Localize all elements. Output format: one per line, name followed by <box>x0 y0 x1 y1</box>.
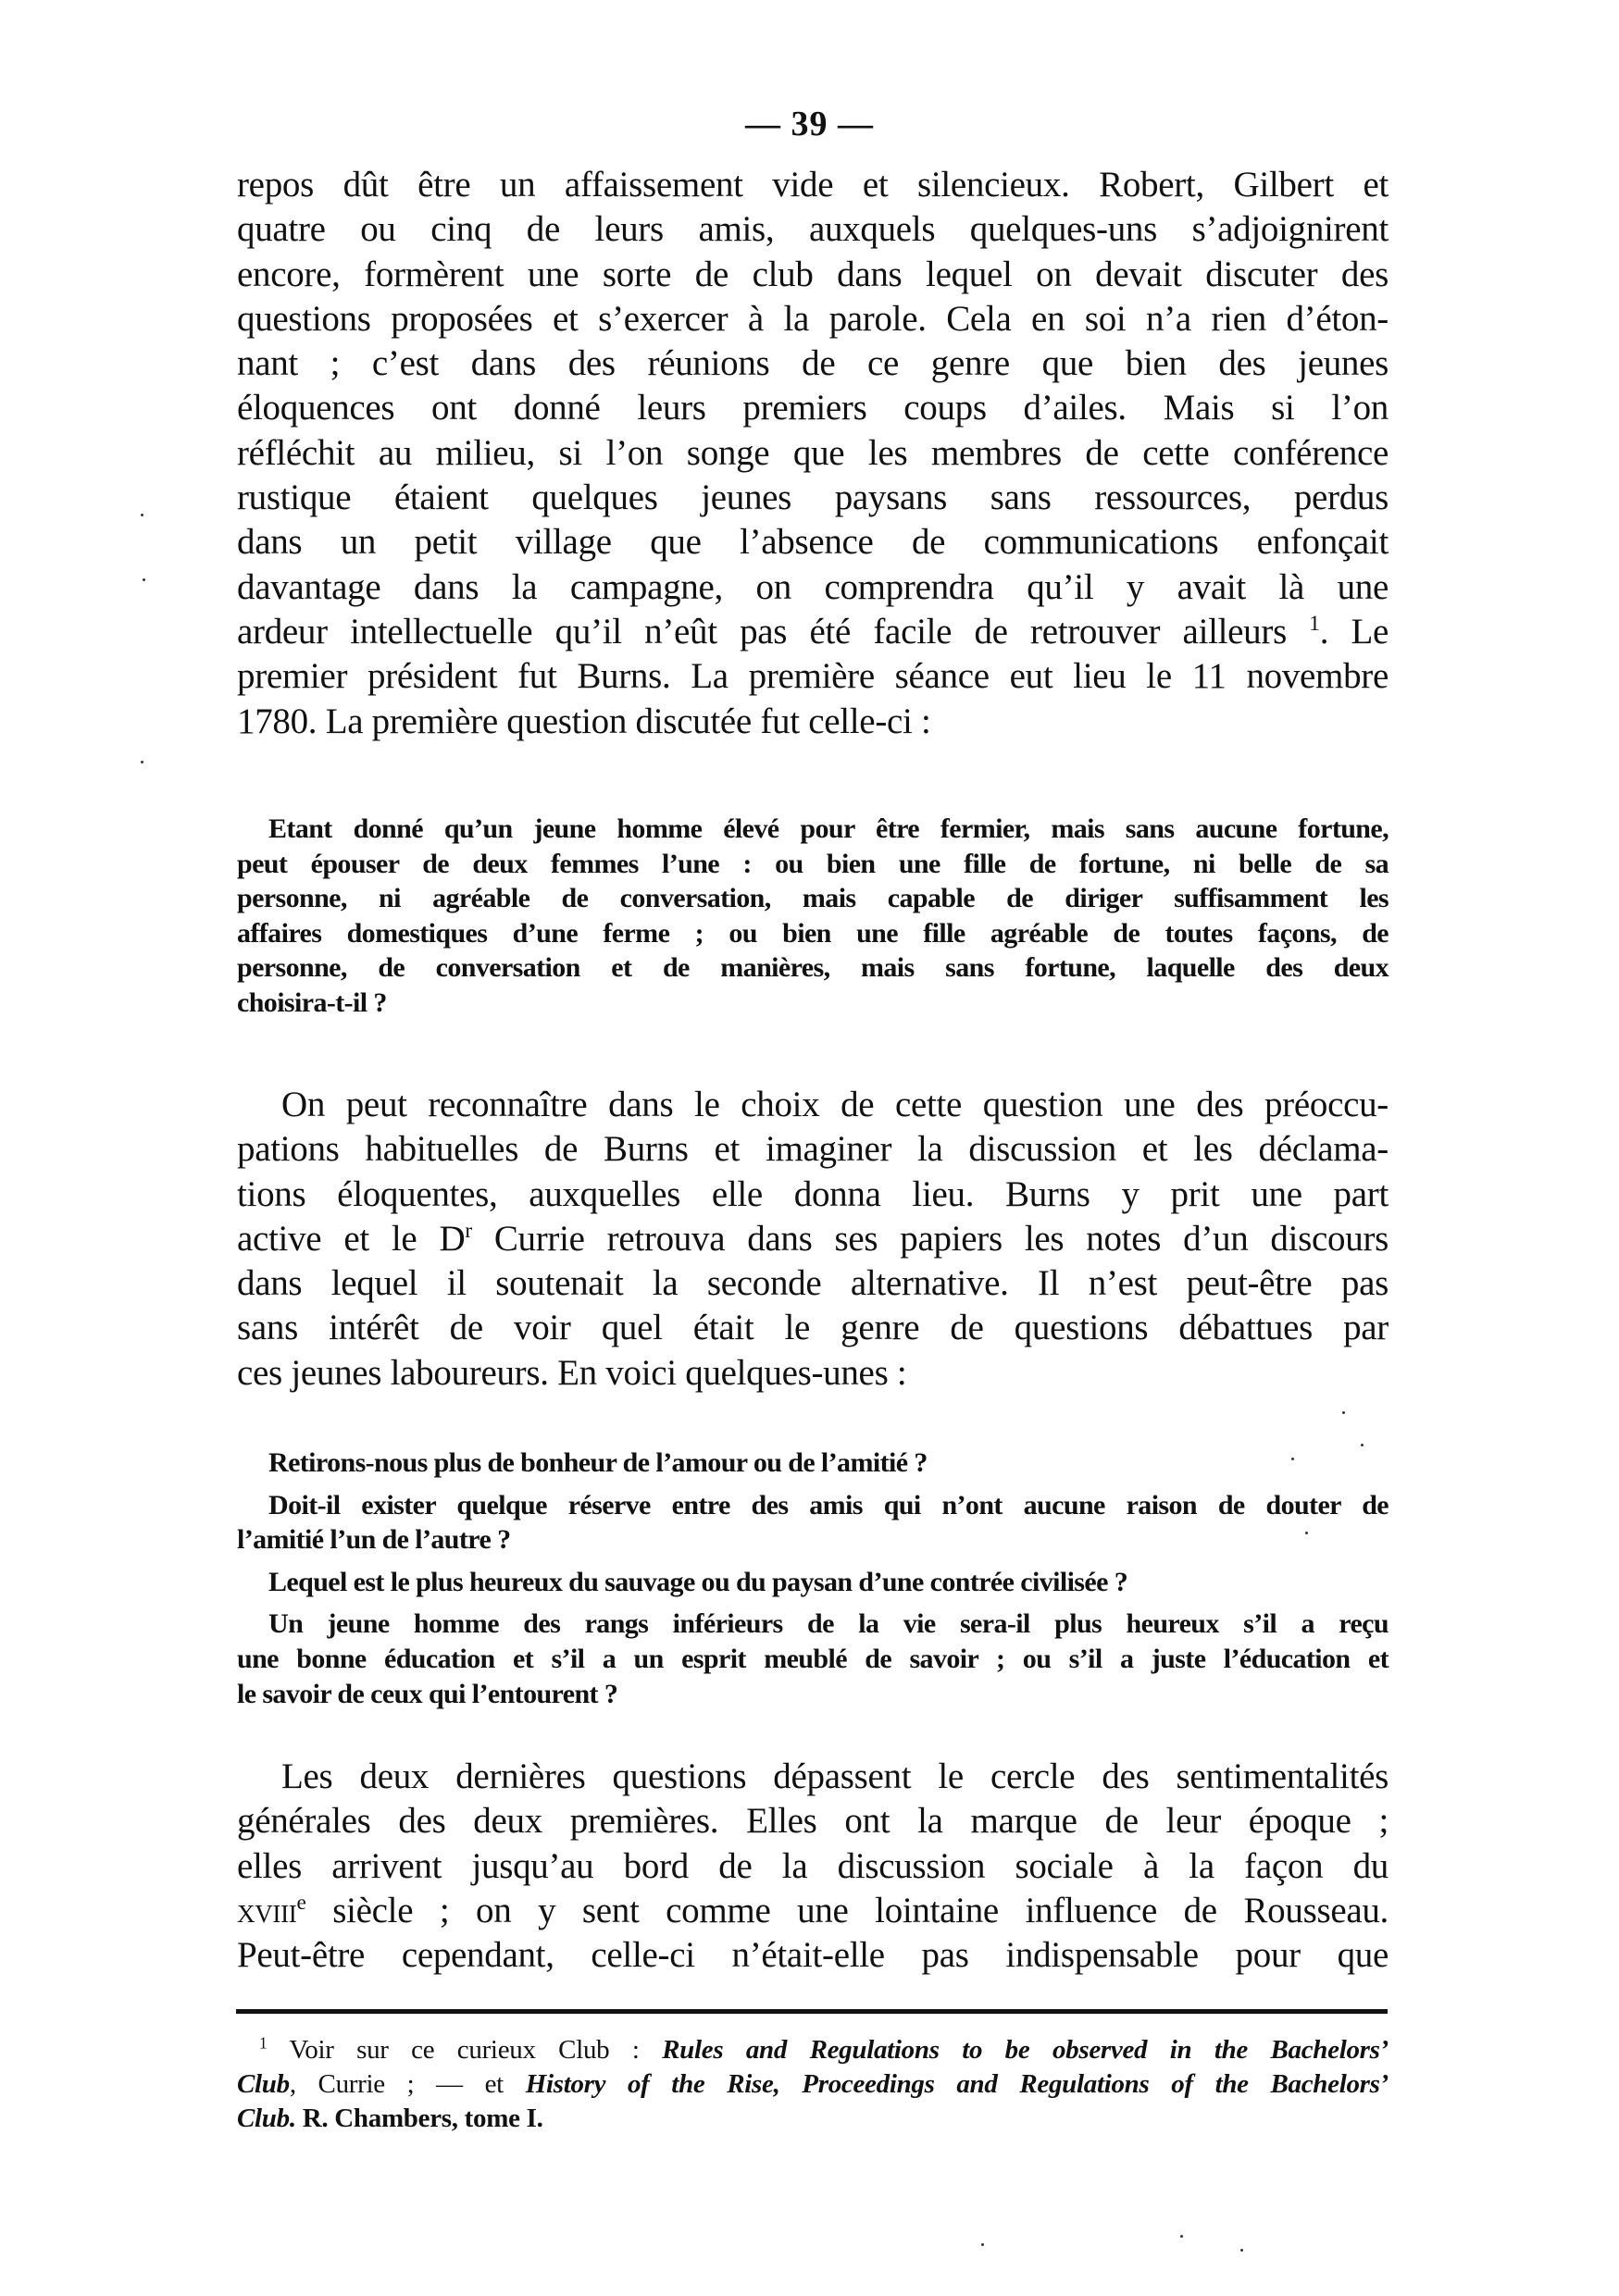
text-line: dans lequel il soutenait la seconde alte… <box>237 1261 1389 1306</box>
text-line: tions éloquentes, auxquelles elle donna … <box>237 1173 1389 1217</box>
document-page: — 39 — repos dût être un affaissement vi… <box>0 0 1619 2296</box>
text-line: dans un petit village que l’absence de c… <box>237 520 1389 565</box>
text-line: xviiie siècle ; on y sent comme une loin… <box>237 1889 1389 1933</box>
quote-line: Lequel est le plus heureux du sauvage ou… <box>237 1565 1389 1600</box>
footnote-line: 1 Voir sur ce curieux Club : Rules and R… <box>237 2033 1389 2067</box>
text-line: premier président fut Burns. La première… <box>237 654 1389 699</box>
text-line: questions proposées et s’exercer à la pa… <box>237 297 1389 341</box>
text-segment: R. Chambers, tome I. <box>296 2104 543 2133</box>
quote-line: une bonne éducation et s’il a un esprit … <box>237 1642 1389 1677</box>
footnote-separator-rule <box>236 2009 1388 2014</box>
quote-line: Retirons-nous plus de bonheur de l’amour… <box>237 1446 1389 1481</box>
text-line: davantage dans la campagne, on comprendr… <box>237 565 1389 610</box>
footnote-line: Club. R. Chambers, tome I. <box>237 2102 1389 2136</box>
italic-title: Club <box>237 2069 290 2099</box>
quote-line: personne, ni agréable de conversation, m… <box>237 881 1389 916</box>
text-line: Peut-être cependant, celle-ci n’était-el… <box>237 1933 1389 1978</box>
text-line: nant ; c’est dans des réunions de ce gen… <box>237 341 1389 386</box>
quote-line: l’amitié l’un de l’autre ? <box>237 1522 1389 1558</box>
text-line: éloquences ont donné leurs premiers coup… <box>237 386 1389 430</box>
block-quote-first-question: Etant donné qu’un jeune homme élevé pour… <box>237 812 1389 1021</box>
text-line: repos dût être un affaissement vide et s… <box>237 163 1389 207</box>
text-segment: Currie retrouva dans ses papiers les not… <box>472 1219 1389 1259</box>
quote-line: affaires domestiques d’une ferme ; ou bi… <box>237 916 1389 951</box>
text-line: rustique étaient quelques jeunes paysans… <box>237 476 1389 520</box>
paragraph-1: repos dût être un affaissement vide et s… <box>237 163 1389 744</box>
text-line: On peut reconnaître dans le choix de cet… <box>237 1083 1389 1127</box>
text-line: quatre ou cinq de leurs amis, auxquels q… <box>237 207 1389 252</box>
quote-line: peut épouser de deux femmes l’une : ou b… <box>237 847 1389 882</box>
question-list: Retirons-nous plus de bonheur de l’amour… <box>237 1446 1389 1719</box>
italic-title: History of the Rise, Proceedings and Reg… <box>526 2069 1389 2099</box>
text-line: active et le Dr Currie retrouva dans ses… <box>237 1217 1389 1261</box>
roman-numeral: xviii <box>237 1891 296 1930</box>
footnote: 1 Voir sur ce curieux Club : Rules and R… <box>237 2033 1389 2136</box>
page-number: — 39 — <box>0 104 1619 144</box>
quote-line: choisira-t-il ? <box>237 986 1389 1021</box>
list-item: Retirons-nous plus de bonheur de l’amour… <box>237 1446 1389 1481</box>
text-line: générales des deux premières. Elles ont … <box>237 1799 1389 1843</box>
footnote-line: Club, Currie ; — et History of the Rise,… <box>237 2067 1389 2102</box>
footnote-reference[interactable]: 1 <box>1309 612 1319 636</box>
text-segment: siècle ; on y sent comme une lointaine i… <box>306 1891 1389 1930</box>
text-line: réfléchit au milieu, si l’on songe que l… <box>237 431 1389 476</box>
text-segment: Voir sur ce curieux Club : <box>267 2035 662 2065</box>
list-item: Doit-il exister quelque réserve entre de… <box>237 1488 1389 1558</box>
paragraph-2: On peut reconnaître dans le choix de cet… <box>237 1083 1389 1396</box>
text-segment: . Le <box>1320 612 1389 652</box>
quote-line: Doit-il exister quelque réserve entre de… <box>237 1488 1389 1523</box>
superscript: r <box>465 1219 472 1243</box>
quote-line: Un jeune homme des rangs inférieurs de l… <box>237 1607 1389 1642</box>
text-line: pations habituelles de Burns et imaginer… <box>237 1127 1389 1172</box>
text-line: 1780. La première question discutée fut … <box>237 700 1389 744</box>
list-item: Un jeune homme des rangs inférieurs de l… <box>237 1607 1389 1711</box>
text-line: ces jeunes laboureurs. En voici quelques… <box>237 1351 1389 1396</box>
paragraph-3: Les deux dernières questions dépassent l… <box>237 1755 1389 1978</box>
list-item: Lequel est le plus heureux du sauvage ou… <box>237 1565 1389 1600</box>
text-line: encore, formèrent une sorte de club dans… <box>237 253 1389 297</box>
text-segment: , Currie ; — et <box>290 2069 526 2099</box>
text-line-with-footnote-ref: ardeur intellectuelle qu’il n’eût pas ét… <box>237 610 1389 654</box>
quote-line: le savoir de ceux qui l’entourent ? <box>237 1677 1389 1712</box>
text-segment: active et le D <box>237 1219 465 1259</box>
text-line: Les deux dernières questions dépassent l… <box>237 1755 1389 1799</box>
text-line: elles arrivent jusqu’au bord de la discu… <box>237 1844 1389 1889</box>
quote-line: personne, de conversation et de manières… <box>237 950 1389 986</box>
text-line: sans intérêt de voir quel était le genre… <box>237 1306 1389 1350</box>
italic-title: Club. <box>237 2104 296 2133</box>
superscript: e <box>296 1891 305 1915</box>
text-segment: ardeur intellectuelle qu’il n’eût pas ét… <box>237 612 1287 652</box>
italic-title: Rules and Regulations to be observed in … <box>662 2035 1389 2065</box>
quote-line: Etant donné qu’un jeune homme élevé pour… <box>237 812 1389 847</box>
